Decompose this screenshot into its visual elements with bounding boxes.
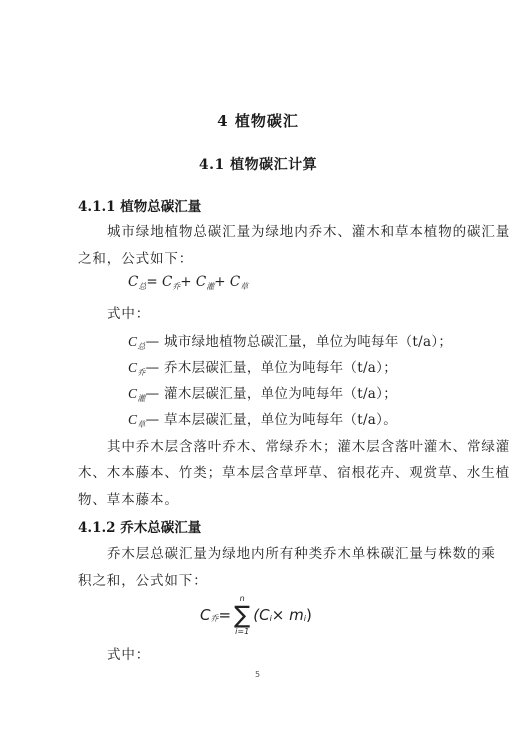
variable-subscript: 灌 [137, 394, 145, 403]
formula-subscript: 草 [240, 282, 248, 291]
formula-subscript: 乔 [210, 613, 218, 624]
variable-definition: C草— 草本层碳汇量，单位为吨每年（t/a）。 [128, 408, 397, 428]
formula-symbol: C [162, 274, 172, 290]
variable-description: — 草本层碳汇量，单位为吨每年（t/a）。 [146, 412, 397, 428]
page-number: 5 [255, 670, 260, 679]
section-title: 4.1 植物碳汇计算 [0, 154, 516, 174]
paragraph-line: 乔木层总碳汇量为绿地内所有种类乔木单株碳汇量与株数的乘 [107, 542, 496, 562]
note-line: 木、木本藤本、竹类；草本层含草坪草、宿根花卉、观赏草、水生植 [78, 461, 510, 481]
note-line: 物、草本藤本。 [78, 488, 179, 508]
tree-carbon-sum-formula: C乔 = n ∑ i=1 (Ci × mi) [200, 590, 312, 640]
variable-symbol: C [128, 334, 137, 349]
variable-subscript: 乔 [137, 368, 145, 377]
variable-subscript: 总 [137, 342, 145, 351]
variable-description: — 乔木层碳汇量，单位为吨每年（t/a）； [146, 360, 397, 376]
subsection-title-4-1-2: 4.1.2 乔木总碳汇量 [78, 516, 201, 536]
formula-subscript: 总 [138, 282, 146, 291]
formula-subscript: 灌 [206, 282, 214, 291]
formula-operator: = [146, 274, 162, 290]
variable-definition: C灌— 灌木层碳汇量，单位为吨每年（t/a）； [128, 382, 397, 402]
variable-symbol: C [128, 412, 137, 427]
formula-term: ) [306, 606, 312, 624]
formula-term: (C [253, 606, 269, 624]
where-label: 式中： [107, 643, 150, 663]
sigma-icon: ∑ [234, 603, 250, 627]
total-carbon-formula: C总= C乔+ C灌+ C草 [128, 274, 248, 290]
variable-symbol: C [128, 386, 137, 401]
variable-definition: C乔— 乔木层碳汇量，单位为吨每年（t/a）； [128, 356, 397, 376]
formula-subscript: 乔 [172, 282, 180, 291]
variable-subscript: 草 [137, 420, 145, 429]
variable-symbol: C [128, 360, 137, 375]
formula-operator: + [214, 274, 230, 290]
paragraph-line: 积之和，公式如下： [78, 569, 208, 589]
note-line: 其中乔木层含落叶乔木、常绿乔木；灌木层含落叶灌木、常绿灌 [107, 435, 510, 455]
paragraph-line: 城市绿地植物总碳汇量为绿地内乔木、灌木和草本植物的碳汇量 [107, 220, 510, 240]
formula-term: × m [272, 606, 304, 624]
summation: n ∑ i=1 [234, 594, 250, 636]
formula-operator: = [218, 606, 231, 624]
formula-symbol: C [128, 274, 138, 290]
chapter-title: 4 植物碳汇 [0, 110, 516, 131]
sum-lower-limit: i=1 [235, 627, 249, 636]
formula-subscript: i [270, 614, 272, 623]
formula-symbol: C [230, 274, 240, 290]
variable-description: — 灌木层碳汇量，单位为吨每年（t/a）； [146, 386, 397, 402]
formula-operator: + [180, 274, 196, 290]
paragraph-line: 之和，公式如下： [78, 247, 193, 267]
subsection-title-4-1-1: 4.1.1 植物总碳汇量 [78, 195, 201, 215]
variable-definition: C总— 城市绿地植物总碳汇量，单位为吨每年（t/a）； [128, 330, 452, 350]
formula-subscript: i [304, 614, 306, 623]
formula-symbol: C [196, 274, 206, 290]
variable-description: — 城市绿地植物总碳汇量，单位为吨每年（t/a）； [146, 334, 453, 350]
formula-symbol: C [200, 606, 210, 624]
where-label: 式中： [107, 302, 150, 322]
